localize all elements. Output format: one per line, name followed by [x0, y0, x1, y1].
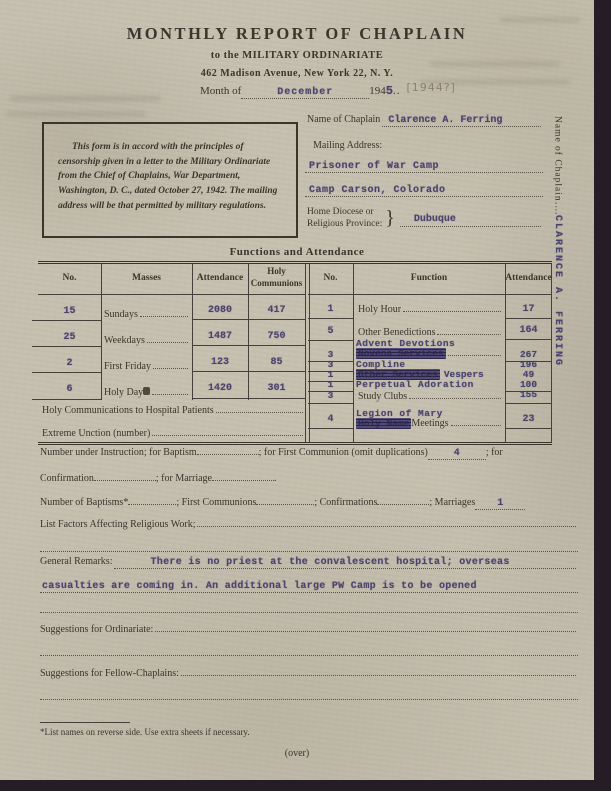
attendance-section-heading: Functions and Attendance [0, 246, 594, 258]
function-crossed-label: Holy Name [356, 418, 411, 429]
function-label: Study Clubs [358, 391, 407, 402]
confirmations-field [377, 504, 429, 505]
confirmation-field [94, 480, 156, 481]
masses-communions-value: 85 [248, 357, 305, 368]
masses-communions-value: 417 [248, 305, 305, 316]
row-rule [248, 371, 305, 372]
period: . [274, 473, 277, 484]
mailing-address-line-2: Camp Carson, Colorado [305, 184, 543, 199]
remarks-typed-line-1: There is no priest at the convalescent h… [150, 557, 509, 568]
marriage-field [212, 480, 274, 481]
month-line: Month of December 194 5 .. [1944?] [200, 84, 480, 99]
year-dots: .. [393, 85, 401, 97]
ink-smudge [143, 387, 150, 395]
masses-attendance-value: 1420 [192, 383, 248, 394]
masses-row-label: First Friday [104, 361, 190, 372]
function-label: Holy Hour [358, 304, 401, 315]
dotted-leader [448, 355, 501, 356]
col-header-attendance: Attendance [192, 273, 248, 283]
row-rule [505, 318, 552, 319]
row-rule [248, 345, 305, 346]
header-underline-left [38, 294, 305, 295]
mailing-address-label: Mailing Address: [313, 140, 382, 151]
bleed-through-mark [10, 96, 160, 101]
remarks-typed-line-2: casualties are coming in. An additional … [42, 581, 477, 592]
masses-no-value: 15 [38, 306, 101, 317]
remarks-rule: casualties are coming in. An additional … [40, 580, 578, 593]
general-remarks-label: General Remarks: [40, 556, 112, 567]
side-margin-typed-name: CLARENCE A. FERRING [552, 215, 563, 367]
masses-label: First Friday [104, 361, 151, 372]
row-rule [505, 339, 552, 340]
row-rule [192, 371, 248, 372]
masses-no-value: 2 [38, 358, 101, 369]
month-typed-value: December [277, 87, 333, 98]
month-field: December [241, 86, 369, 99]
col-header-holy-communions: Holy Communions [248, 266, 305, 289]
suggestions-fellow-line: Suggestions for Fellow-Chaplains: [40, 668, 578, 679]
function-row-label: Novena Services [356, 348, 503, 359]
bleed-through-mark [500, 18, 580, 22]
dotted-leader [153, 368, 188, 369]
instruction-label-a: Number under Instruction; for Baptism [40, 447, 197, 458]
dotted-leader [409, 398, 501, 399]
row-rule [248, 398, 305, 399]
suggestions-ordinariate-line: Suggestions for Ordinariate: [40, 624, 578, 635]
bleed-through-mark [6, 112, 146, 116]
dotted-leader [451, 425, 501, 426]
year-printed: 194 [369, 85, 386, 97]
masses-label: Sundays [104, 309, 138, 320]
over-text: (over) [0, 748, 594, 759]
extreme-unction-label: Extreme Unction (number) [42, 428, 150, 439]
diocese-field-line: Dubuque [400, 208, 541, 227]
footnote-text: *List names on reverse side. Use extra s… [40, 727, 250, 737]
row-rule [308, 403, 353, 404]
censorship-notice-text: This form is in accord with the principl… [58, 140, 284, 214]
function-row-label: Other Benedictions [358, 327, 503, 338]
suggestions-ordinariate-label: Suggestions for Ordinariate: [40, 624, 153, 635]
baptism-instruction-field [197, 454, 259, 455]
mailing-address-line-1: Prisoner of War Camp [305, 160, 543, 175]
ordinariate-address: 462 Madison Avenue, New York 22, N. Y. [0, 68, 594, 79]
suggestions-fellow-label: Suggestions for Fellow-Chaplains: [40, 668, 179, 679]
masses-label: Holy Day [104, 387, 143, 398]
bleed-through-mark [430, 62, 560, 66]
attendance-table: No. Masses Attendance Holy Communions No… [38, 261, 552, 445]
masses-row-label: Holy Day [104, 387, 190, 398]
col-header-no: No. [38, 273, 101, 283]
remarks-rule: There is no priest at the convalescent h… [114, 556, 576, 569]
instruction-line-2: Confirmation ; for Marriage . [40, 473, 320, 484]
function-attendance-value: 17 [505, 304, 552, 315]
dotted-leader [152, 435, 303, 436]
year-pencil-note: [1944?] [406, 81, 455, 94]
masses-label: Weekdays [104, 335, 145, 346]
row-rule [32, 399, 101, 400]
home-diocese-label-line2: Religious Province: [307, 219, 382, 231]
blank-dotted-line [40, 699, 578, 700]
row-rule [505, 391, 552, 392]
year-typed: 5 [386, 84, 393, 98]
footnote-rule [40, 722, 130, 723]
masses-attendance-value: 123 [192, 357, 248, 368]
address-line-1-value: Prisoner of War Camp [309, 161, 439, 172]
col-header-masses: Masses [101, 273, 192, 283]
masses-communions-value: 750 [248, 331, 305, 342]
sacrament-counts-line: Number of Baptisms* ; First Communions ;… [40, 497, 552, 510]
column-divider [101, 264, 102, 400]
row-rule [308, 381, 353, 382]
page-title: MONTHLY REPORT OF CHAPLAIN [0, 24, 594, 44]
first-communion-field: 4 [428, 448, 486, 460]
row-rule [308, 318, 353, 319]
dotted-leader [216, 412, 303, 413]
dotted-leader [197, 526, 576, 527]
dotted-leader [181, 675, 576, 676]
confirmation-label: Confirmation [40, 473, 94, 484]
home-diocese-label: Home Diocese or Religious Province: [307, 207, 382, 231]
side-margin-label: Name of Chaplain .... CLARENCE A. FERRIN… [552, 116, 563, 416]
masses-row-label: Weekdays [104, 335, 190, 346]
col-header-no: No. [308, 273, 353, 283]
column-divider [353, 264, 354, 442]
name-of-chaplain-label: Name of Chaplain [307, 114, 380, 125]
diocese-value: Dubuque [414, 214, 456, 225]
blank-dotted-line [40, 551, 578, 552]
instruction-label-b: ; for First Communion (omit duplications… [259, 447, 428, 458]
function-attendance-value: 23 [505, 414, 552, 425]
scanned-form-page: MONTHLY REPORT OF CHAPLAIN to the MILITA… [0, 0, 594, 780]
row-rule [308, 371, 353, 372]
function-attendance-value: 164 [505, 325, 552, 336]
month-label: Month of [200, 85, 241, 97]
hospital-communions-line: Holy Communications to Hospital Patients [42, 405, 305, 416]
dotted-leader [140, 316, 188, 317]
masses-no-value: 25 [38, 332, 101, 343]
instruction-line-1: Number under Instruction; for Baptism ; … [40, 447, 548, 460]
function-no-value: 5 [308, 326, 353, 337]
censorship-notice-box: This form is in accord with the principl… [42, 122, 298, 238]
name-field-line: Clarence A. Ferring [382, 114, 541, 127]
brace-glyph: } [385, 207, 395, 230]
baptisms-label: Number of Baptisms* [40, 497, 128, 508]
masses-attendance-value: 1487 [192, 331, 248, 342]
row-rule [32, 372, 101, 373]
side-margin-printed-label: Name of Chaplain [553, 116, 563, 202]
row-rule [192, 319, 248, 320]
home-diocese-line: Home Diocese or Religious Province: } Du… [307, 207, 543, 231]
row-rule [32, 346, 101, 347]
function-row-label: Holy NameMeetings [356, 418, 503, 429]
row-rule [192, 398, 248, 399]
first-communions-field [256, 504, 314, 505]
confirmations-label: ; Confirmations [314, 497, 377, 508]
factors-line: List Factors Affecting Religious Work; [40, 519, 578, 530]
first-communions-label: ; First Communions [176, 497, 256, 508]
hospital-communions-label: Holy Communications to Hospital Patients [42, 405, 214, 416]
row-rule [308, 428, 353, 429]
side-margin-dots: .... [553, 202, 563, 216]
dotted-leader [152, 394, 188, 395]
row-rule [308, 361, 353, 362]
function-typed-label: Perpetual Adoration [356, 379, 474, 390]
row-rule [505, 361, 552, 362]
marriages-label: ; Marriages [429, 497, 475, 508]
masses-communions-value: 301 [248, 383, 305, 394]
first-communion-value: 4 [454, 448, 460, 459]
row-rule [248, 319, 305, 320]
dotted-leader [403, 311, 501, 312]
function-row-label: Study Clubs [358, 391, 503, 402]
function-row-label: Holy Hour [358, 304, 503, 315]
row-rule [308, 391, 353, 392]
row-rule [32, 320, 101, 321]
factors-label: List Factors Affecting Religious Work; [40, 519, 195, 530]
row-rule [192, 345, 248, 346]
col-header-attendance: Attendance [505, 273, 552, 283]
function-no-value: 1 [308, 304, 353, 315]
function-label: Meetings [411, 418, 448, 429]
function-no-value: 4 [308, 414, 353, 425]
instruction-label-c: ; for [486, 447, 503, 458]
marriages-field: 1 [475, 498, 525, 510]
blank-dotted-line [40, 612, 578, 613]
masses-attendance-value: 2080 [192, 305, 248, 316]
marriages-value: 1 [497, 498, 503, 509]
dotted-leader [147, 342, 188, 343]
masses-no-value: 6 [38, 384, 101, 395]
baptisms-field [128, 504, 176, 505]
header-underline-right [308, 294, 552, 295]
row-rule [505, 428, 552, 429]
row-rule [308, 340, 353, 341]
address-line-1-rule: Prisoner of War Camp [305, 160, 543, 173]
general-remarks-line-2: casualties are coming in. An additional … [40, 580, 578, 595]
function-crossed-label: Novena Services [356, 348, 446, 359]
home-diocese-label-line1: Home Diocese or [307, 207, 382, 219]
marriage-label: ; for Marriage [156, 473, 212, 484]
row-rule [505, 403, 552, 404]
masses-row-label: Sundays [104, 309, 190, 320]
blank-dotted-line [40, 655, 578, 656]
address-line-2-rule: Camp Carson, Colorado [305, 184, 543, 197]
page-subtitle: to the MILITARY ORDINARIATE [0, 50, 594, 61]
function-label: Other Benedictions [358, 327, 435, 338]
name-of-chaplain-line: Name of Chaplain Clarence A. Ferring [307, 114, 543, 129]
extreme-unction-line: Extreme Unction (number) [42, 428, 305, 439]
address-line-2-value: Camp Carson, Colorado [309, 185, 446, 196]
dotted-leader [155, 631, 576, 632]
chaplain-name-value: Clarence A. Ferring [388, 115, 502, 126]
general-remarks-line: General Remarks: There is no priest at t… [40, 556, 578, 571]
dotted-leader [437, 334, 501, 335]
col-header-function: Function [353, 273, 505, 283]
